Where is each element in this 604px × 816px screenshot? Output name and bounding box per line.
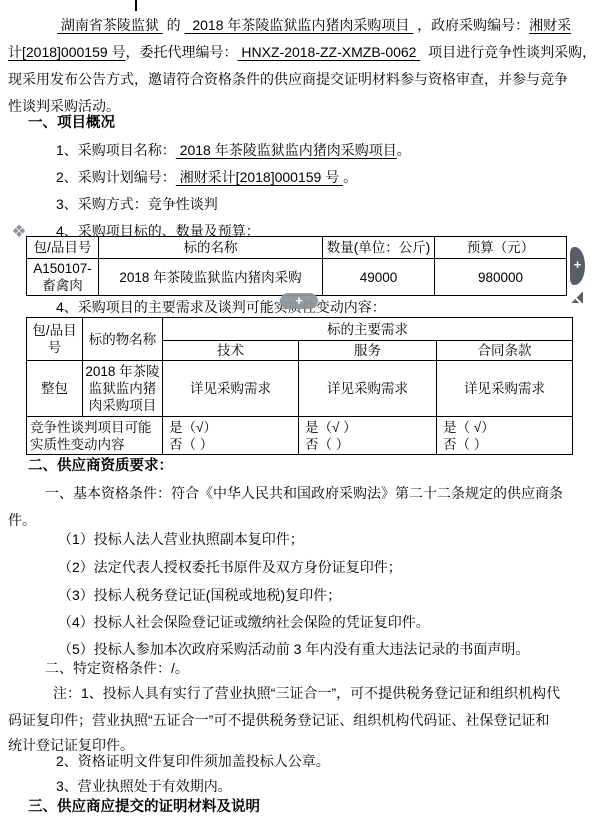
item-project-name: 1、采购项目名称： 2018 年茶陵监狱监内猪肉采购项目。 [56,142,411,158]
insert-row-button[interactable]: + [280,293,318,309]
note-line-2: 码证复印件；营业执照“五证合一”可不提供税务登记证、组织机构代码证、社保登记证和 [8,712,549,728]
header-technical: 技术 [163,341,299,361]
header-quantity: 数量(单位：公斤) [323,237,435,259]
cell-contract: 详见采购需求 [437,361,573,417]
facility-name: 湖南省茶陵监狱 [57,17,163,33]
agent-code: HNXZ-2018-ZZ-XMZB-0062 [238,44,421,60]
cell-subject: 2018 年茶陵监狱监内猪肉采购项目 [83,361,163,417]
item-method: 3、采购方式：竞争性谈判 [56,196,218,212]
insert-column-button[interactable]: + [570,247,585,285]
req-header-row-1: 包/品目号 标的物名称 标的主要需求 [27,318,573,341]
intro-line-4: 性谈判采购活动。 [8,98,120,114]
cell-budget: 980000 [435,259,567,296]
basic-qualification-line-1: 一、基本资格条件：符合《中华人民共和国政府采购法》第二十二条规定的供应商条 [45,485,563,501]
gov-number-part2: 计[2018]000159 号 [8,44,126,60]
cell-change-contract: 是（ √）否（ ） [437,417,573,455]
basic-qualification-line-2: 件。 [8,512,36,528]
gov-number-part1: 湘财采 [529,17,571,33]
note-3: 3、营业执照处于有效期内。 [56,778,232,794]
header-package-no: 包/品目号 [27,237,99,259]
header-service: 服务 [299,341,437,361]
item-plan-number: 2、采购计划编号： 湘财采计[2018]000159 号 。 [56,169,357,185]
section1-heading: 一、项目概况 [28,115,115,131]
project-name: 2018 年茶陵监狱监内猪肉采购项目 [185,17,414,33]
intro-line-2: 计[2018]000159 号，委托代理编号： HNXZ-2018-ZZ-XMZ… [8,44,596,60]
document-page: 湖南省茶陵监狱 的 2018 年茶陵监狱监内猪肉采购项目 ，政府采购编号：湘财采… [0,0,604,816]
table-resize-handle[interactable] [571,292,583,303]
header-main-requirements: 标的主要需求 [163,318,573,341]
header-subject-name: 标的名称 [99,237,323,259]
item-main-requirements: 4、采购项目的主要需求及谈判可能实质性变动内容： [56,299,386,315]
header-budget: 预算（元） [435,237,567,259]
section3-heading: 三、供应商应提交的证明材料及说明 [28,799,260,815]
text-cursor [135,0,137,11]
header-subject-name: 标的物名称 [83,318,163,361]
requirement-3: （3）投标人税务登记证(国税或地税)复印件； [58,587,341,603]
intro-line-1: 湖南省茶陵监狱 的 2018 年茶陵监狱监内猪肉采购项目 ，政府采购编号：湘财采 [57,17,571,33]
requirement-4: （4）投标人社会保险登记证或缴纳社会保险的凭证复印件。 [58,614,430,630]
note-line-1: 注：1、投标人具有实行了营业执照“三证合一”，可不提供税务登记证和组织机构代 [53,685,560,701]
note-line-3: 统计登记证复印件。 [8,737,134,753]
summary-header-row: 包/品目号 标的名称 数量(单位：公斤) 预算（元） [27,237,567,259]
note-2: 2、资格证明文件复印件须加盖投标人公章。 [56,753,330,769]
cell-subject-name: 2018 年茶陵监狱监内猪肉采购 [99,259,323,296]
cell-change-service: 是（√ ）否（ ） [299,417,437,455]
cell-service: 详见采购需求 [299,361,437,417]
requirement-5: （5）投标人参加本次政府采购活动前 3 年内没有重大违法记录的书面声明。 [58,641,529,657]
cell-package: 整包 [27,361,83,417]
procurement-summary-table: 包/品目号 标的名称 数量(单位：公斤) 预算（元） A150107-畜禽肉 2… [26,236,567,296]
cell-change-technical: 是（√）否（ ） [163,417,299,455]
req-data-row: 整包 2018 年茶陵监狱监内猪肉采购项目 详见采购需求 详见采购需求 详见采购… [27,361,573,417]
header-package-no: 包/品目号 [27,318,83,361]
req-change-row: 竞争性谈判项目可能实质性变动内容 是（√）否（ ） 是（√ ）否（ ） 是（ √… [27,417,573,455]
requirements-table: 包/品目号 标的物名称 标的主要需求 技术 服务 合同条款 整包 2018 年茶… [26,317,573,455]
cell-technical: 详见采购需求 [163,361,299,417]
intro-line-3: 现采用发布公告方式，邀请符合资格条件的供应商提交证明材料参与资格审查，并参与竞争 [8,71,568,87]
header-contract-terms: 合同条款 [437,341,573,361]
section2-heading: 二、供应商资质要求： [28,458,173,474]
summary-data-row: A150107-畜禽肉 2018 年茶陵监狱监内猪肉采购 49000 98000… [27,259,567,296]
requirement-2: （2）法定代表人授权委托书原件及双方身份证复印件； [58,559,402,575]
cell-package-code: A150107-畜禽肉 [27,259,99,296]
cell-change-label: 竞争性谈判项目可能实质性变动内容 [27,417,163,455]
cell-quantity: 49000 [323,259,435,296]
requirement-1: （1）投标人法人营业执照副本复印件； [58,531,304,547]
special-qualification: 二、特定资格条件：/。 [45,660,189,676]
